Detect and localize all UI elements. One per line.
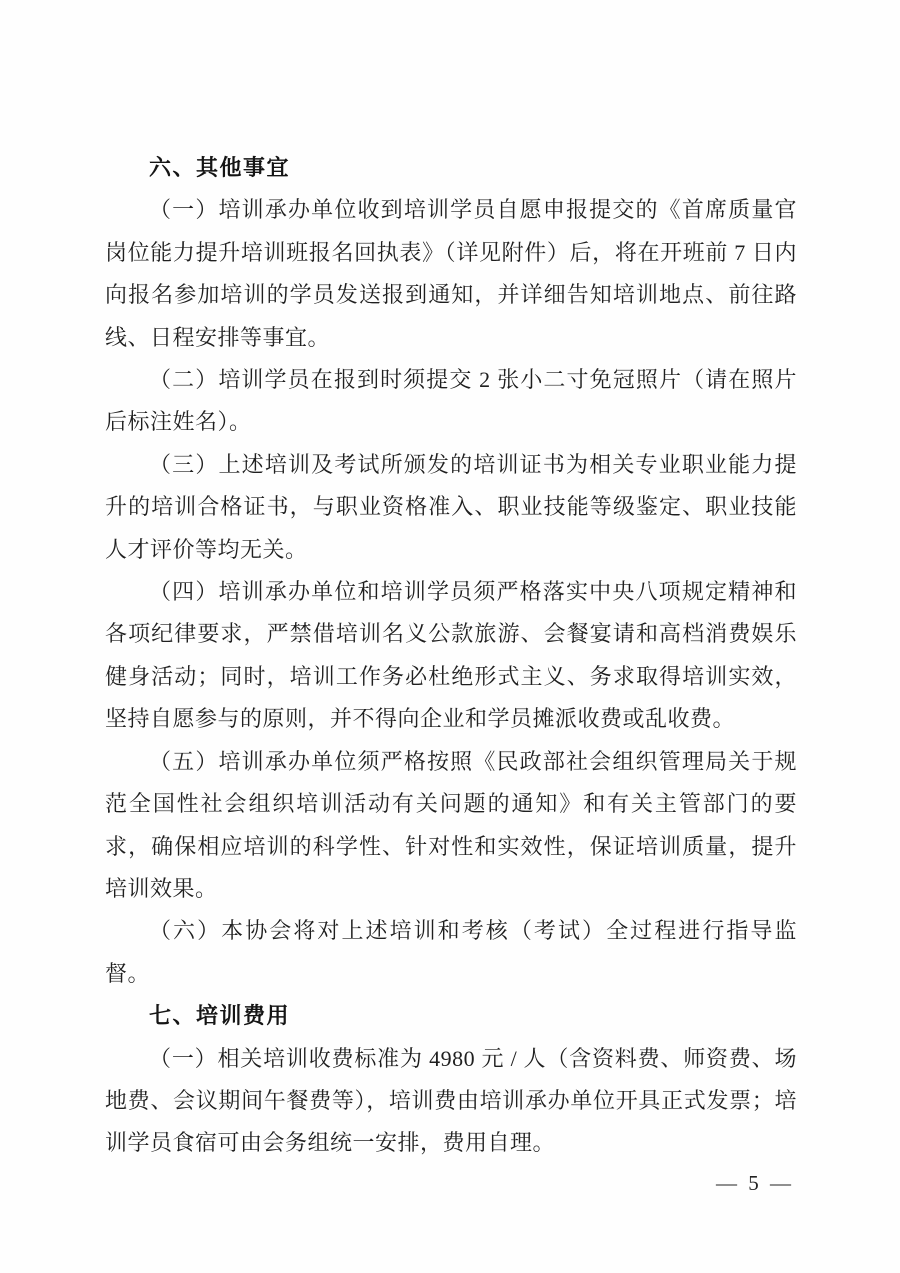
paragraph-1: （一）培训承办单位收到培训学员自愿申报提交的《首席质量官岗位能力提升培训班报名回…	[105, 189, 797, 359]
paragraph-2: （二）培训学员在报到时须提交 2 张小二寸免冠照片（请在照片后标注姓名）。	[105, 359, 797, 444]
section-training-fees: 七、培训费用 （一）相关培训收费标准为 4980 元 / 人（含资料费、师资费、…	[105, 995, 797, 1165]
section-heading-training-fees: 七、培训费用	[105, 995, 797, 1037]
paragraph-3: （三）上述培训及考试所颁发的培训证书为相关专业职业能力提升的培训合格证书，与职业…	[105, 444, 797, 571]
paragraph-4: （四）培训承办单位和培训学员须严格落实中央八项规定精神和各项纪律要求，严禁借培训…	[105, 571, 797, 741]
document-content: 六、其他事宜 （一）培训承办单位收到培训学员自愿申报提交的《首席质量官岗位能力提…	[105, 147, 797, 1165]
page-number: — 5 —	[716, 1171, 794, 1195]
paragraph-fees-1: （一）相关培训收费标准为 4980 元 / 人（含资料费、师资费、场地费、会议期…	[105, 1038, 797, 1165]
document-page: 六、其他事宜 （一）培训承办单位收到培训学员自愿申报提交的《首席质量官岗位能力提…	[0, 0, 900, 1273]
page-footer: — 5 —	[716, 1168, 794, 1198]
paragraph-6: （六）本协会将对上述培训和考核（考试）全过程进行指导监督。	[105, 910, 797, 995]
paragraph-5: （五）培训承办单位须严格按照《民政部社会组织管理局关于规范全国性社会组织培训活动…	[105, 741, 797, 911]
section-other-matters: 六、其他事宜 （一）培训承办单位收到培训学员自愿申报提交的《首席质量官岗位能力提…	[105, 147, 797, 995]
section-heading-other-matters: 六、其他事宜	[105, 147, 797, 189]
